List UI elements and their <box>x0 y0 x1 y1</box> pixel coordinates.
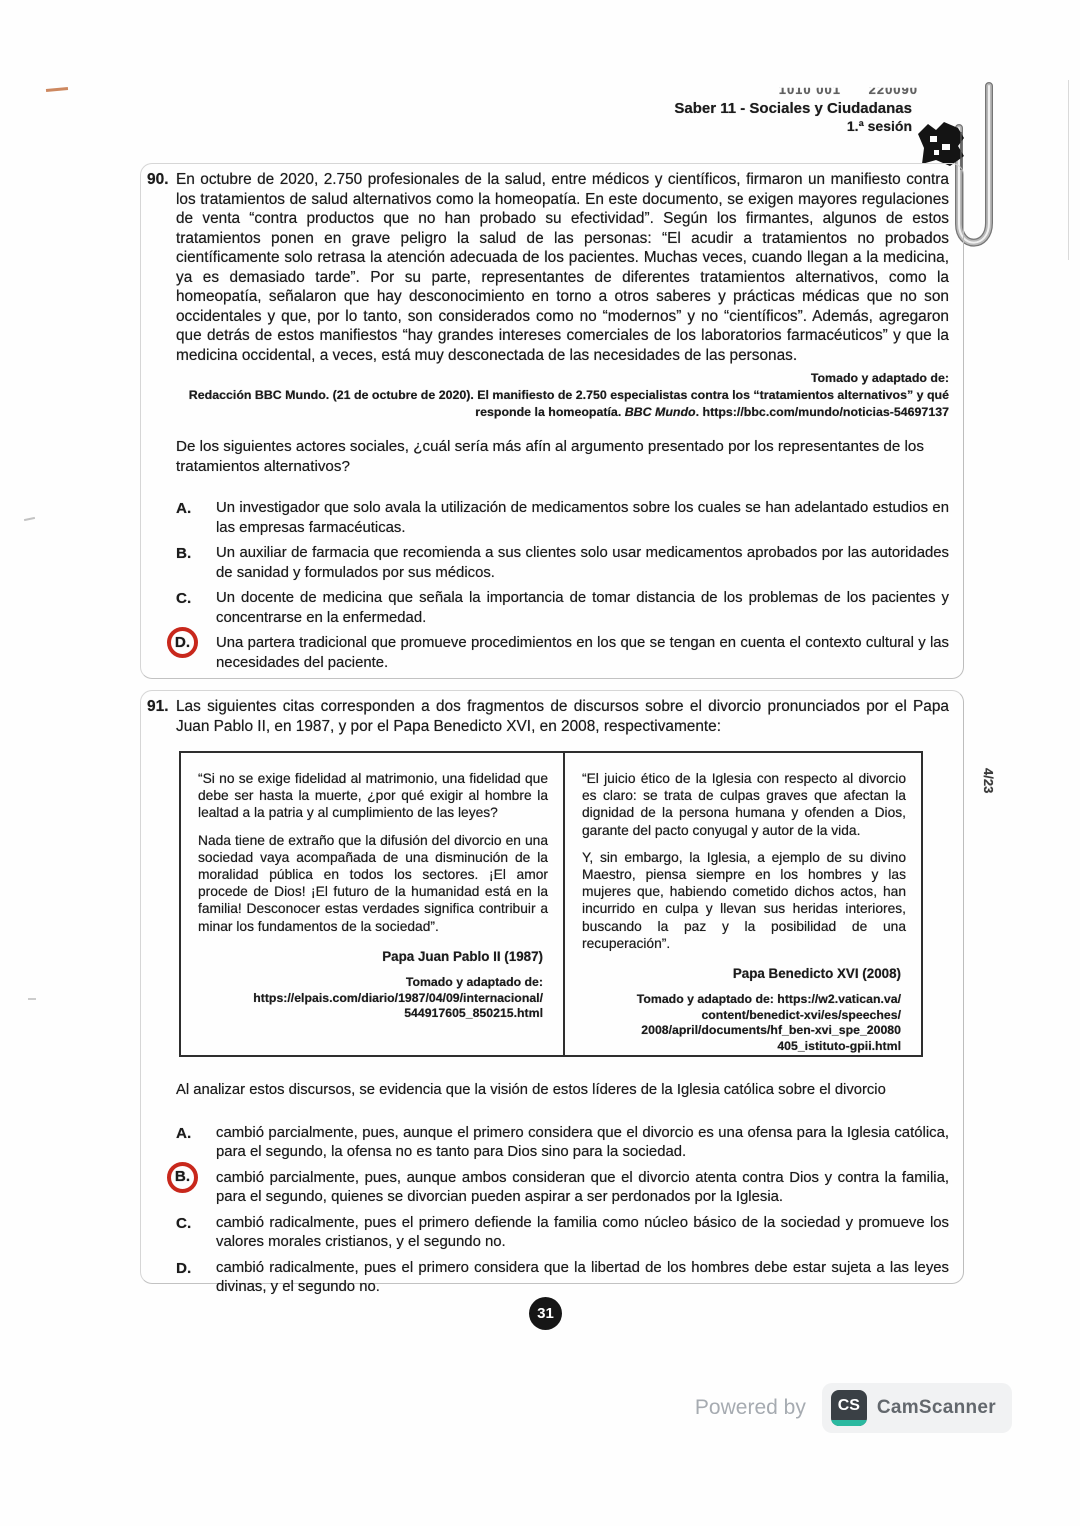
question-90-number: 90. <box>147 171 169 189</box>
quotes-table: “Si no se exige fidelidad al matrimonio,… <box>179 751 923 1057</box>
quote-source: Tomado y adaptado de: https://elpais.com… <box>198 975 548 1022</box>
attribution-label: Tomado y adaptado de: <box>176 370 949 387</box>
question-91-block: 91. Las siguientes citas corresponden a … <box>140 690 964 1284</box>
answer-circle-mark: D. <box>167 627 198 658</box>
quote-paragraph: Nada tiene de extraño que la difusión de… <box>198 832 548 935</box>
question-91-intro: Las siguientes citas corresponden a dos … <box>176 697 949 736</box>
quote-author: Papa Juan Pablo II (1987) <box>198 948 548 965</box>
camscanner-brand-text: CamScanner <box>877 1397 996 1419</box>
camscanner-icon-teal-bar <box>831 1420 867 1426</box>
option-a: A. cambió parcialmente, pues, aunque el … <box>176 1124 949 1163</box>
option-c-text: cambió radicalmente, pues el primero def… <box>216 1214 949 1253</box>
quote-source: Tomado y adaptado de: https://w2.vatican… <box>582 992 906 1054</box>
option-b-text: cambió parcialmente, pues, aunque ambos … <box>216 1169 949 1208</box>
camscanner-footer: Powered by CS CamScanner <box>695 1383 1012 1433</box>
option-d-text: Una partera tradicional que promueve pro… <box>216 634 949 673</box>
scan-gray-tick <box>28 998 36 1000</box>
scan-orange-mark <box>46 87 68 92</box>
exam-title: Saber 11 - Sociales y Ciudadanas <box>674 100 912 117</box>
attribution-line: responde la homeopatía. BBC Mundo. https… <box>176 404 949 421</box>
option-b-letter: B. <box>176 544 216 583</box>
option-d: D. cambió radicalmente, pues el primero … <box>176 1259 949 1298</box>
exam-session: 1.ª sesión <box>674 118 912 134</box>
scan-gray-tick <box>24 517 35 521</box>
camscanner-icon: CS <box>831 1390 867 1426</box>
powered-by-label: Powered by <box>695 1396 806 1420</box>
option-c: C. Un docente de medicina que señala la … <box>176 589 949 628</box>
option-d-marked: D. Una partera tradicional que promueve … <box>176 634 949 673</box>
option-b-text: Un auxiliar de farmacia que recomienda a… <box>216 544 949 583</box>
exam-header: 1010 001 220090 Saber 11 - Sociales y Ci… <box>674 82 912 134</box>
quote-juan-pablo: “Si no se exige fidelidad al matrimonio,… <box>181 753 563 1055</box>
option-c-letter: C. <box>176 589 216 628</box>
option-a-text: cambió parcialmente, pues, aunque el pri… <box>216 1124 949 1163</box>
option-c-text: Un docente de medicina que señala la imp… <box>216 589 949 628</box>
option-d-letter: D. <box>176 1259 216 1298</box>
answer-circle-mark: B. <box>167 1162 198 1193</box>
camscanner-logo: CS CamScanner <box>822 1383 1012 1433</box>
quote-author: Papa Benedicto XVI (2008) <box>582 965 906 982</box>
question-91-options: A. cambió parcialmente, pues, aunque el … <box>176 1124 949 1298</box>
question-91-number: 91. <box>147 698 169 716</box>
option-d-letter: D. <box>176 634 216 673</box>
option-c: C. cambió radicalmente, pues el primero … <box>176 1214 949 1253</box>
question-91-analysis: Al analizar estos discursos, se evidenci… <box>176 1081 949 1101</box>
quote-benedicto: “El juicio ético de la Iglesia con respe… <box>563 753 921 1055</box>
option-c-letter: C. <box>176 1214 216 1253</box>
margin-page-note: 4/23 <box>981 768 996 793</box>
quote-paragraph: “Si no se exige fidelidad al matrimonio,… <box>198 770 548 822</box>
option-d-text: cambió radicalmente, pues el primero con… <box>216 1259 949 1298</box>
page-edge-line <box>1068 80 1069 260</box>
form-numbers: 1010 001 220090 <box>674 82 918 97</box>
scanned-exam-page: 1010 001 220090 Saber 11 - Sociales y Ci… <box>0 0 1080 1526</box>
attribution-line: Redacción BBC Mundo. (21 de octubre de 2… <box>176 387 949 404</box>
option-b-marked: B. cambió parcialmente, pues, aunque amb… <box>176 1169 949 1208</box>
option-b: B. Un auxiliar de farmacia que recomiend… <box>176 544 949 583</box>
option-a-letter: A. <box>176 499 216 538</box>
quote-paragraph: “El juicio ético de la Iglesia con respe… <box>582 770 906 839</box>
question-90-body: En octubre de 2020, 2.750 profesionales … <box>176 170 949 365</box>
option-b-letter: B. <box>176 1169 216 1208</box>
question-90-options: A. Un investigador que solo avala la uti… <box>176 499 949 673</box>
option-a: A. Un investigador que solo avala la uti… <box>176 499 949 538</box>
question-90-prompt: De los siguientes actores sociales, ¿cuá… <box>176 437 949 476</box>
quote-paragraph: Y, sin embargo, la Iglesia, a ejemplo de… <box>582 849 906 952</box>
option-a-letter: A. <box>176 1124 216 1163</box>
question-90-attribution: Tomado y adaptado de: Redacción BBC Mund… <box>176 370 949 421</box>
question-90-block: 90. En octubre de 2020, 2.750 profesiona… <box>140 163 964 679</box>
page-number-badge: 31 <box>529 1297 562 1330</box>
option-a-text: Un investigador que solo avala la utiliz… <box>216 499 949 538</box>
